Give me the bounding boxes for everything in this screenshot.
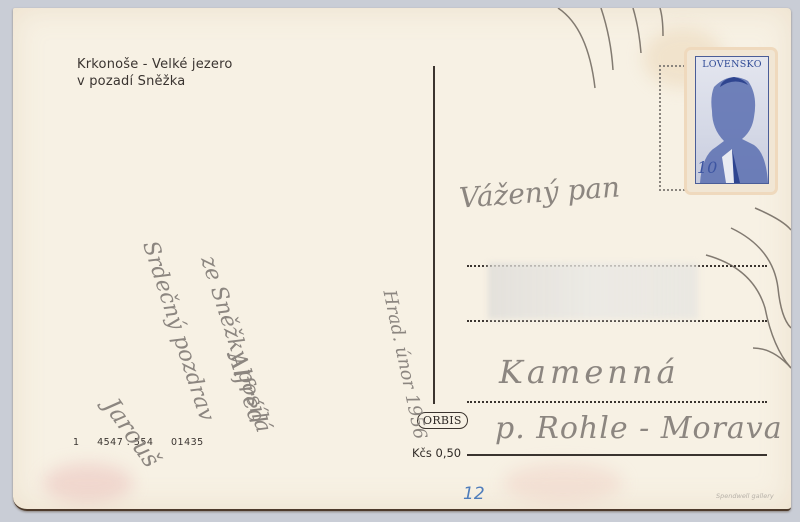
postcard-back: Krkonoše - Velké jezero v pozadí Sněžka … xyxy=(13,8,791,511)
postmark-cancellation-lines xyxy=(13,8,791,509)
